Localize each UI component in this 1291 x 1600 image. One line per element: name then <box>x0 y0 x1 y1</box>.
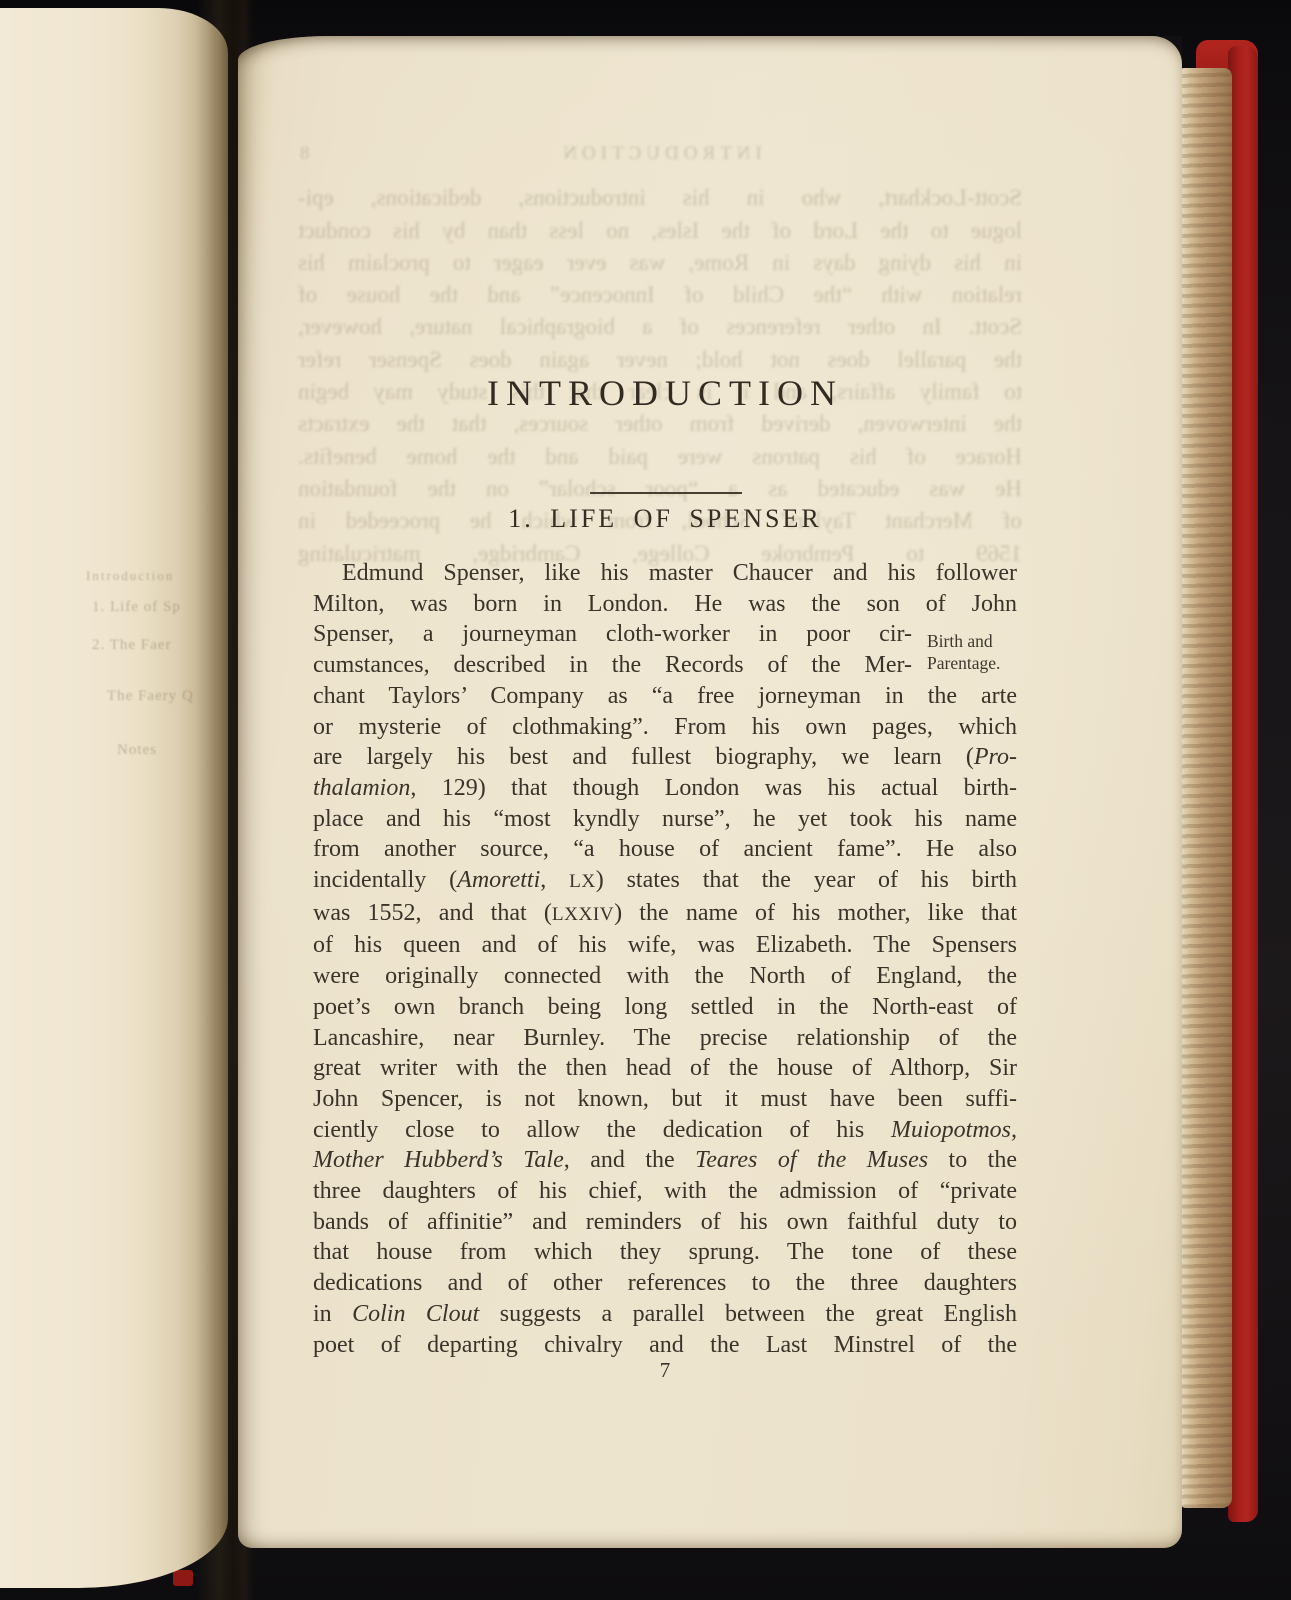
body-line: was 1552, and that (LXXIV) the name of h… <box>313 898 1017 931</box>
book-cover-sliver-bottom-left <box>173 1570 193 1586</box>
body-line: Mother Hubberd’s Tale, and the Teares of… <box>313 1145 1017 1176</box>
body-line: cumstances, described in the Records of … <box>313 650 912 681</box>
show-through-running-title: INTRODUCTION <box>558 143 762 164</box>
body-line: Spenser, a journeyman cloth-worker in po… <box>313 619 912 650</box>
show-through-line: Scott. In other references of a biograph… <box>298 311 1022 343</box>
body-line: ciently close to allow the dedication of… <box>313 1115 1017 1146</box>
page-fore-edge <box>1180 68 1232 1508</box>
body-line: were originally connected with the North… <box>313 961 1017 992</box>
margin-note-line: Birth and <box>927 630 1000 652</box>
body-line: Lancashire, near Burnley. The precise re… <box>313 1023 1017 1054</box>
body-line: great writer with the then head of the h… <box>313 1053 1017 1084</box>
body-line: chant Taylors’ Company as “a free jorney… <box>313 681 1017 712</box>
show-through-folio: 8 <box>300 138 310 170</box>
left-page-show-through-line: Introduction <box>86 568 174 584</box>
body-line: of his queen and of his wife, was Elizab… <box>313 930 1017 961</box>
left-page-show-through-line: The Faery Q <box>107 688 194 705</box>
body-text: Edmund Spenser, like his master Chaucer … <box>313 558 1017 1360</box>
show-through-line: logue to the Lord of the Isles, no less … <box>298 215 1022 247</box>
title-rule <box>590 492 742 494</box>
book-photo: Introduction1. Life of Sp2. The FaerThe … <box>0 0 1291 1600</box>
body-line: Milton, was born in London. He was the s… <box>313 589 1017 620</box>
section-heading: 1. LIFE OF SPENSER <box>313 504 1017 534</box>
left-page-show-through-line: 2. The Faer <box>92 637 171 654</box>
show-through-line: He was educated as a “poor scholar” on t… <box>298 473 1022 505</box>
body-line: three daughters of his chief, with the a… <box>313 1176 1017 1207</box>
body-line: are largely his best and fullest biograp… <box>313 742 1017 773</box>
body-line: in Colin Clout suggests a parallel betwe… <box>313 1299 1017 1330</box>
margin-note: Birth and Parentage. <box>927 630 1000 674</box>
show-through-line: in his dying days in Rome, was ever eage… <box>298 247 1022 279</box>
show-through-line: Horace of his patrons were paid and the … <box>298 441 1022 473</box>
left-page: Introduction1. Life of Sp2. The FaerThe … <box>0 8 228 1588</box>
body-line: place and his “most kyndly nurse”, he ye… <box>313 804 1017 835</box>
body-line: poet of departing chivalry and the Last … <box>313 1330 1017 1361</box>
body-line: poet’s own branch being long settled in … <box>313 992 1017 1023</box>
show-through-running-head: 8 INTRODUCTION <box>298 138 1022 170</box>
book-cover-right-edge <box>1228 46 1258 1522</box>
body-line: that house from which they sprung. The t… <box>313 1237 1017 1268</box>
body-line: thalamion, 129) that though London was h… <box>313 773 1017 804</box>
show-through-line: Scott-Lockhart, who in his introductions… <box>298 182 1022 214</box>
book-page: 8 INTRODUCTION Scott-Lockhart, who in hi… <box>238 36 1182 1548</box>
margin-note-line: Parentage. <box>927 652 1000 674</box>
left-page-show-through-line: Notes <box>117 742 157 759</box>
body-line: dedications and of other references to t… <box>313 1268 1017 1299</box>
body-line: incidentally (Amoretti, LX) states that … <box>313 865 1017 898</box>
body-line: from another source, “a house of ancient… <box>313 834 1017 865</box>
show-through-line: relation with “the Child of Innocence” a… <box>298 279 1022 311</box>
body-line: bands of affinitie” and reminders of his… <box>313 1207 1017 1238</box>
body-line: John Spencer, is not known, but it must … <box>313 1084 1017 1115</box>
body-line: Edmund Spenser, like his master Chaucer … <box>313 558 1017 589</box>
chapter-title: INTRODUCTION <box>313 372 1017 414</box>
body-line: or mysterie of clothmaking”. From his ow… <box>313 712 1017 743</box>
left-page-show-through-line: 1. Life of Sp <box>92 599 181 616</box>
page-number: 7 <box>313 1358 1017 1383</box>
